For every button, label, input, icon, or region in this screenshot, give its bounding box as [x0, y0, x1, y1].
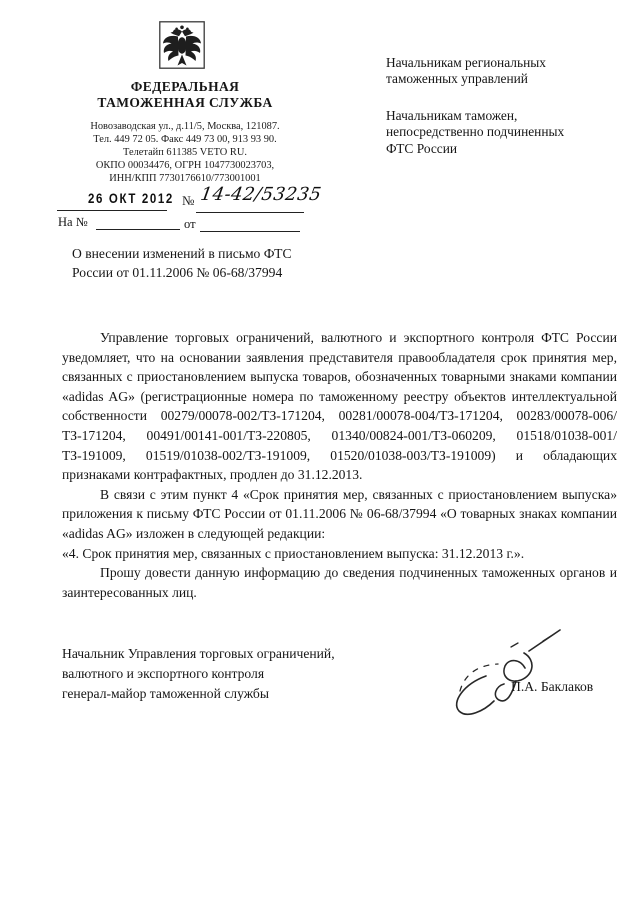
document-page: ФЕДЕРАЛЬНАЯ ТАМОЖЕННАЯ СЛУЖБА Новозаводс…	[0, 0, 640, 900]
signer-title: Начальник Управления торговых ограничени…	[62, 644, 402, 704]
signer-title-line: генерал-майор таможенной службы	[62, 684, 402, 704]
addressee-block-customs: Начальникам таможен, непосредственно под…	[386, 108, 626, 157]
signer-title-line: Начальник Управления торговых ограничени…	[62, 644, 402, 664]
addressee-line: ФТС России	[386, 141, 626, 157]
org-name-line2: ТАМОЖЕННАЯ СЛУЖБА	[50, 95, 320, 111]
letterhead-contact-info: Новозаводская ул., д.11/5, Москва, 12108…	[50, 120, 320, 185]
letter-body: Управление торговых ограничений, валютно…	[62, 328, 617, 602]
reply-from-underline	[200, 231, 300, 232]
handwritten-signature	[448, 618, 576, 722]
body-paragraph-3: Прошу довести данную информацию до сведе…	[62, 563, 617, 602]
russia-coat-of-arms-icon	[159, 21, 205, 69]
reply-from-label: от	[184, 217, 196, 232]
contact-phone-line: Тел. 449 72 05. Факс 449 73 00, 913 93 9…	[50, 133, 320, 146]
signer-title-line: валютного и экспортного контроля	[62, 664, 402, 684]
addressee-line: таможенных управлений	[386, 71, 616, 87]
subject-line-1: О внесении изменений в письмо ФТС	[72, 245, 332, 264]
addressee-line: непосредственно подчиненных	[386, 124, 626, 140]
contact-teletype-line: Телетайп 611385 VETO RU.	[50, 146, 320, 159]
contact-address-line: Новозаводская ул., д.11/5, Москва, 12108…	[50, 120, 320, 133]
number-underline	[196, 212, 304, 213]
org-name-line1: ФЕДЕРАЛЬНАЯ	[50, 79, 320, 95]
subject-line: О внесении изменений в письмо ФТС России…	[72, 245, 332, 282]
addressee-line: Начальникам региональных	[386, 55, 616, 71]
body-paragraph-2-quote: «4. Срок принятия мер, связанных с приос…	[62, 544, 617, 564]
number-label: №	[182, 193, 194, 209]
subject-line-2: России от 01.11.2006 № 06-68/37994	[72, 264, 332, 283]
date-stamp: 26 ОКТ 2012	[88, 190, 174, 206]
date-underline	[57, 210, 167, 211]
addressee-block-regional: Начальникам региональных таможенных упра…	[386, 55, 616, 88]
outgoing-number-handwritten: 14-42/53235	[199, 184, 323, 205]
contact-okpo-ogrn-line: ОКПО 00034476, ОГРН 1047730023703,	[50, 159, 320, 172]
reply-to-label: На №	[58, 215, 88, 230]
body-paragraph-2: В связи с этим пункт 4 «Срок принятия ме…	[62, 485, 617, 544]
signer-name: П.А. Баклаков	[511, 679, 593, 695]
addressee-line: Начальникам таможен,	[386, 108, 626, 124]
org-name: ФЕДЕРАЛЬНАЯ ТАМОЖЕННАЯ СЛУЖБА	[50, 79, 320, 110]
reply-to-underline	[96, 229, 180, 230]
body-paragraph-1: Управление торговых ограничений, валютно…	[62, 328, 617, 485]
